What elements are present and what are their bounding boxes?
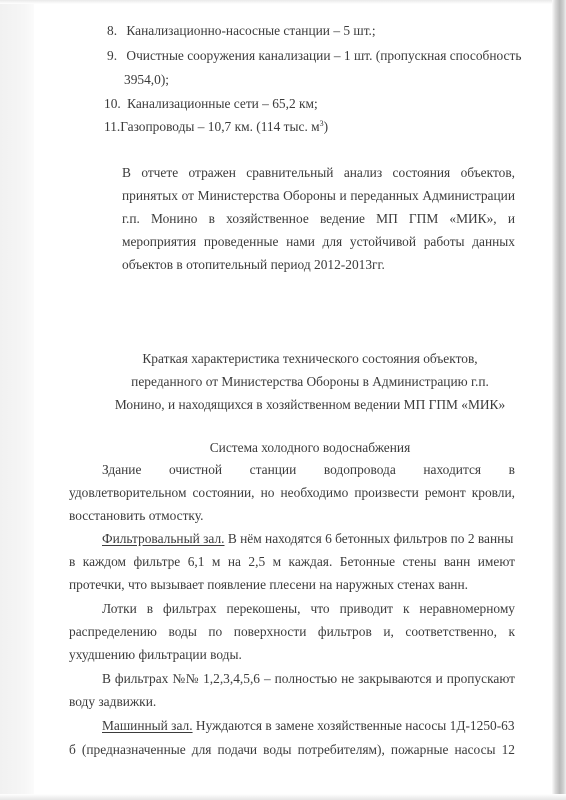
paragraph-line: распределению воды по поверхности фильтр… [69, 624, 515, 640]
paragraph-line: г.п. Монино в хозяйственное ведение МП Г… [122, 211, 515, 227]
paragraph-text: В нём находятся 6 бетонных фильтров по 2… [224, 531, 513, 546]
list-text-tail: ) [324, 119, 328, 134]
list-text: Канализационно-насосные станции – 5 шт.; [126, 23, 375, 38]
heading-line: Краткая характеристика технического сост… [90, 351, 530, 367]
list-item: 11.Газопроводы – 10,7 км. (114 тыс. м3) [104, 119, 328, 135]
heading-line: переданного от Министерства Обороны в Ад… [90, 374, 530, 390]
scan-left-margin-shadow [0, 0, 34, 800]
list-number: 10. [104, 96, 121, 111]
list-text: Газопроводы – 10,7 км. (114 тыс. м [120, 119, 319, 134]
list-item-continuation: 3954,0); [124, 72, 169, 88]
paragraph-line: ухудшению фильтрации воды. [69, 647, 242, 663]
list-number: 11. [104, 119, 120, 134]
paragraph-line: мероприятия проведенные нами для устойчи… [122, 234, 515, 250]
paragraph-line: Машинный зал. Нуждаются в замене хозяйст… [102, 718, 515, 734]
heading-line: Монино, и находящихся в хозяйственном ве… [90, 397, 530, 413]
paragraph-line: восстановить отмостку. [69, 508, 203, 524]
list-item: 8. Канализационно-насосные станции – 5 ш… [107, 23, 376, 39]
list-text: Очистные сооружения канализации – 1 шт. … [126, 48, 521, 63]
paragraph-line: воду задвижки. [69, 694, 156, 710]
paragraph-line: Здание очистной станции водопровода нахо… [102, 462, 515, 478]
paragraph-line: Фильтровальный зал. В нём находятся 6 бе… [102, 531, 515, 547]
list-number: 9. [107, 48, 117, 63]
paragraph-line: объектов в отопительный период 2012-2013… [122, 257, 385, 273]
paragraph-line: протечки, что вызывает появление плесени… [69, 577, 468, 593]
list-item: 9. Очистные сооружения канализации – 1 ш… [107, 48, 521, 64]
scan-bottom-shadow [0, 794, 566, 800]
scan-top-shadow [0, 0, 566, 4]
paragraph-line: Лотки в фильтрах перекошены, что приводи… [102, 601, 515, 617]
list-text: Канализационные сети – 65,2 км; [127, 96, 318, 111]
paragraph-text: Нуждаются в замене хозяйственные насосы … [193, 718, 515, 733]
paragraph-line: В отчете отражен сравнительный анализ со… [122, 165, 515, 181]
paragraph-line: удовлетворительном состоянии, но необход… [69, 485, 515, 501]
paragraph-line: принятых от Министерства Обороны и перед… [122, 188, 515, 204]
list-number: 8. [107, 23, 117, 38]
paragraph-line: В фильтрах №№ 1,2,3,4,5,6 – полностью не… [102, 671, 515, 687]
paragraph-line: в каждом фильтре 6,1 м на 2,5 м каждая. … [69, 554, 515, 570]
scan-right-edge [552, 0, 566, 800]
list-item: 10. Канализационные сети – 65,2 км; [104, 96, 318, 112]
underlined-label: Машинный зал. [102, 718, 193, 733]
paragraph-line: б (предназначенные для подачи воды потре… [69, 742, 515, 758]
subsection-title: Система холодного водоснабжения [90, 440, 530, 456]
underlined-label: Фильтровальный зал. [102, 531, 224, 546]
